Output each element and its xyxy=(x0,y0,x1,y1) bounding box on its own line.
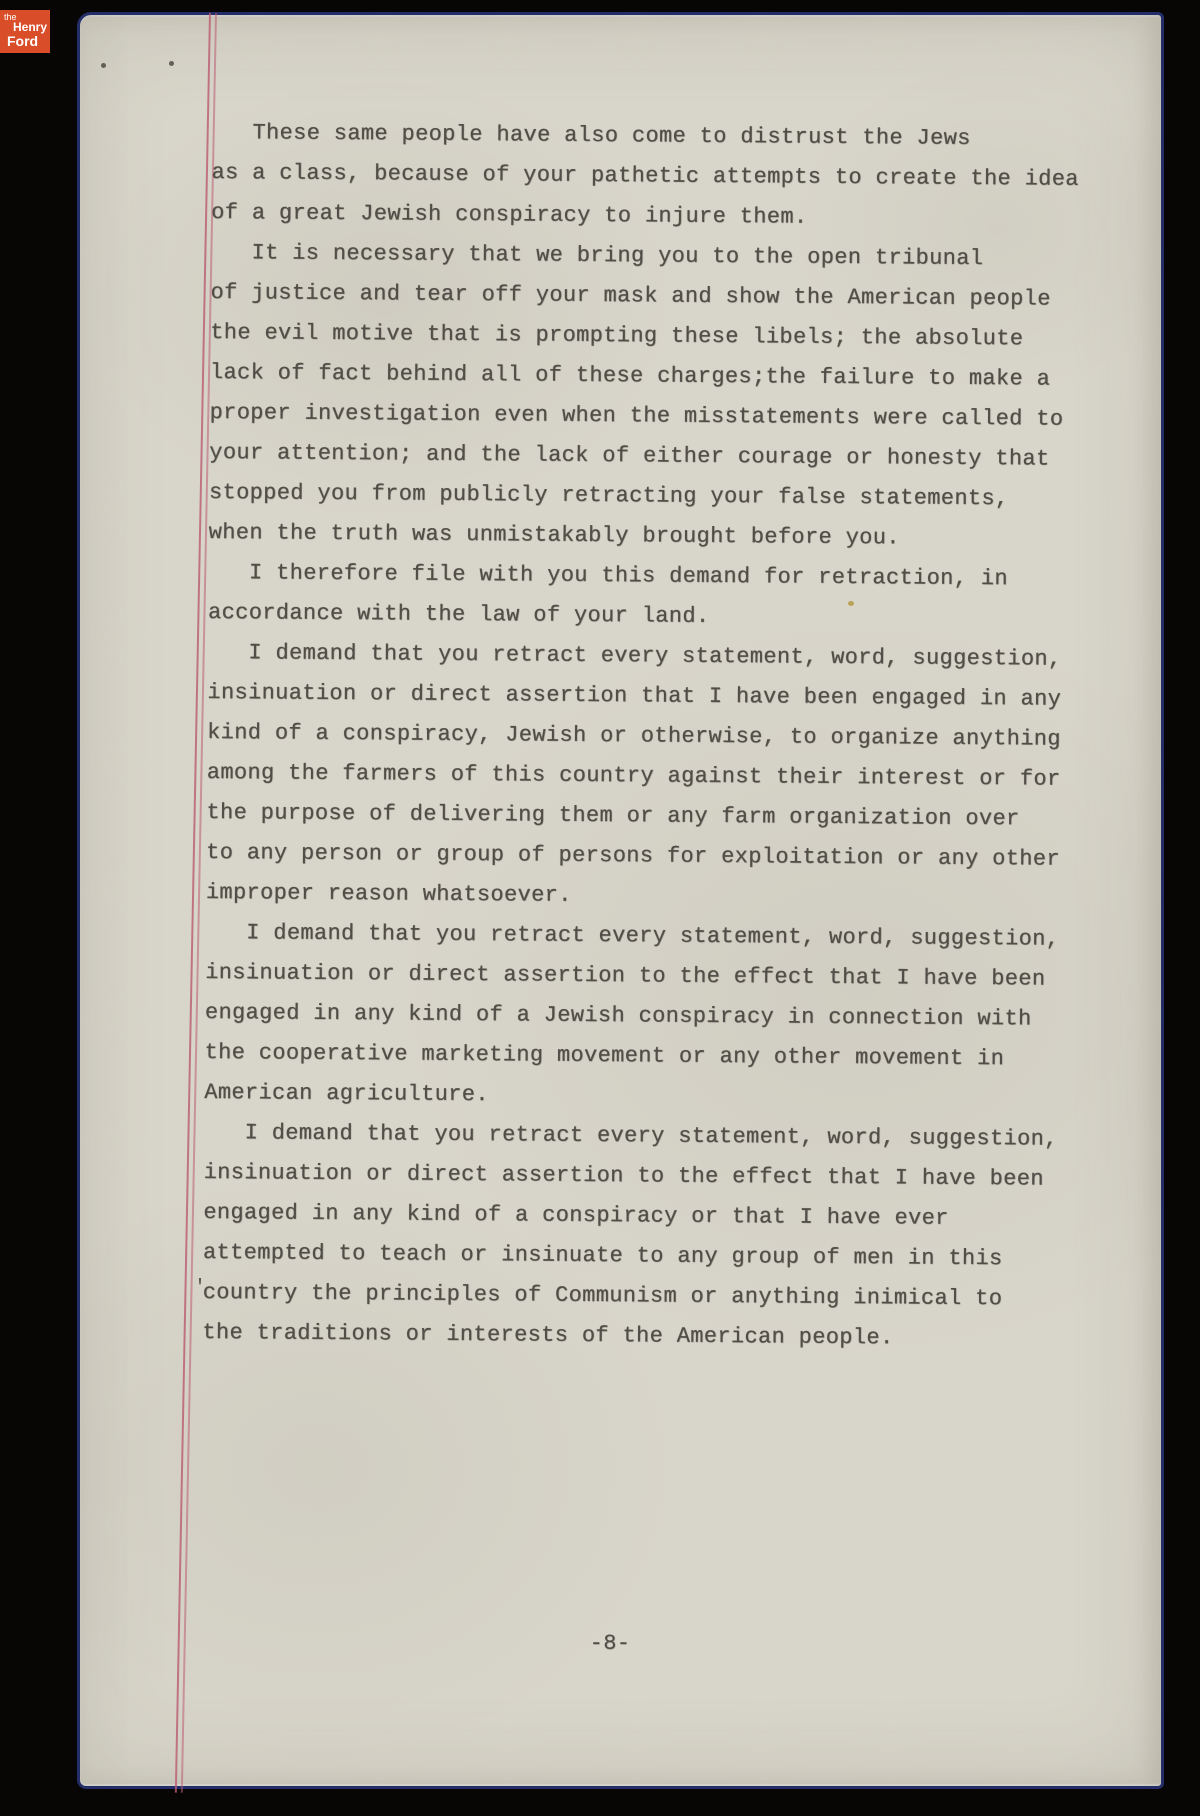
text-line: I demand that you retract every statemen… xyxy=(205,913,1105,960)
text-line: I demand that you retract every statemen… xyxy=(208,633,1108,680)
text-line: insinuation or direct assertion to the e… xyxy=(205,953,1105,1000)
page-number: -8- xyxy=(560,1631,660,1656)
typewritten-text: These same people have also come to dist… xyxy=(202,113,1112,1360)
text-line: stopped you from publicly retracting you… xyxy=(209,473,1109,520)
text-line: the purpose of delivering them or any fa… xyxy=(206,793,1106,840)
paper-speck xyxy=(101,63,106,68)
logo-text-ford: Ford xyxy=(7,34,38,48)
text-line: insinuation or direct assertion to the e… xyxy=(204,1153,1104,1200)
text-line: engaged in any kind of a Jewish conspira… xyxy=(205,993,1105,1040)
henry-ford-logo: the Henry Ford xyxy=(0,10,50,53)
text-line: attempted to teach or insinuate to any g… xyxy=(203,1233,1103,1280)
document-page: ' These same people have also come to di… xyxy=(77,12,1164,1789)
text-line: kind of a conspiracy, Jewish or otherwis… xyxy=(207,713,1107,760)
text-line: country the principles of Communism or a… xyxy=(203,1273,1103,1320)
text-line: the evil motive that is prompting these … xyxy=(210,313,1110,360)
scanned-document: the Henry Ford ' These same people have … xyxy=(0,0,1200,1816)
text-line: among the farmers of this country agains… xyxy=(207,753,1107,800)
text-line: the traditions or interests of the Ameri… xyxy=(202,1313,1102,1360)
text-line: the cooperative marketing movement or an… xyxy=(204,1033,1104,1080)
text-line: lack of fact behind all of these charges… xyxy=(210,353,1110,400)
text-line: of justice and tear off your mask and sh… xyxy=(210,273,1110,320)
text-line: It is necessary that we bring you to the… xyxy=(211,233,1111,280)
text-line: when the truth was unmistakably brought … xyxy=(209,513,1109,560)
text-line: These same people have also come to dist… xyxy=(212,113,1112,160)
text-line: I therefore file with you this demand fo… xyxy=(208,553,1108,600)
paper-speck xyxy=(169,61,174,66)
text-line: proper investigation even when the misst… xyxy=(209,393,1109,440)
text-line: improper reason whatsoever. xyxy=(206,873,1106,920)
text-line: of a great Jewish conspiracy to injure t… xyxy=(211,193,1111,240)
logo-text-henry: Henry xyxy=(13,21,47,33)
text-line: as a class, because of your pathetic att… xyxy=(211,153,1111,200)
text-line: accordance with the law of your land. xyxy=(208,593,1108,640)
text-line: to any person or group of persons for ex… xyxy=(206,833,1106,880)
text-line: American agriculture. xyxy=(204,1073,1104,1120)
text-line: engaged in any kind of a conspiracy or t… xyxy=(203,1193,1103,1240)
text-line: your attention; and the lack of either c… xyxy=(209,433,1109,480)
text-line: insinuation or direct assertion that I h… xyxy=(207,673,1107,720)
text-line: I demand that you retract every statemen… xyxy=(204,1113,1104,1160)
